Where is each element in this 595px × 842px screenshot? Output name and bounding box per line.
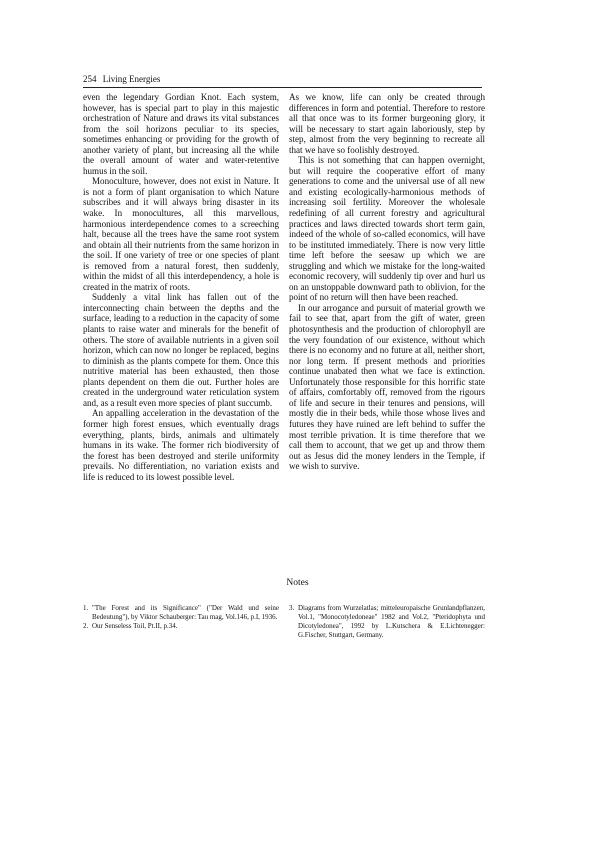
paragraph: even the legendary Gordian Knot. Each sy… (83, 92, 279, 176)
note-text: "The Forest and its Significance" ("Der … (92, 604, 279, 622)
right-column: As we know, life can only be created thr… (289, 92, 485, 472)
note-text: Our Senseless Toil, Pt.II, p.34. (92, 622, 279, 631)
notes-left-column: 1. "The Forest and its Significance" ("D… (83, 604, 279, 631)
note-number: 1. (83, 604, 92, 622)
running-title: Living Energies (103, 74, 161, 84)
running-header: 254 Living Energies (83, 74, 482, 88)
note-item: 1. "The Forest and its Significance" ("D… (83, 604, 279, 622)
paragraph: As we know, life can only be created thr… (289, 92, 485, 155)
paragraph: In our arrogance and pursuit of material… (289, 303, 485, 472)
paragraph: An appalling acceleration in the devasta… (83, 408, 279, 482)
paragraph: This is not something that can happen ov… (289, 155, 485, 303)
note-text: Diagrams from Wurzelatlas; mitteleuropai… (298, 604, 485, 640)
note-item: 3. Diagrams from Wurzelatlas; mitteleuro… (289, 604, 485, 640)
note-number: 2. (83, 622, 92, 631)
notes-heading: Notes (0, 578, 595, 588)
left-column: even the legendary Gordian Knot. Each sy… (83, 92, 279, 482)
note-item: 2. Our Senseless Toil, Pt.II, p.34. (83, 622, 279, 631)
paragraph: Monoculture, however, does not exist in … (83, 176, 279, 292)
note-number: 3. (289, 604, 298, 640)
paragraph: Suddenly a vital link has fallen out of … (83, 292, 279, 408)
page-number: 254 (83, 74, 97, 84)
notes-right-column: 3. Diagrams from Wurzelatlas; mitteleuro… (289, 604, 485, 640)
